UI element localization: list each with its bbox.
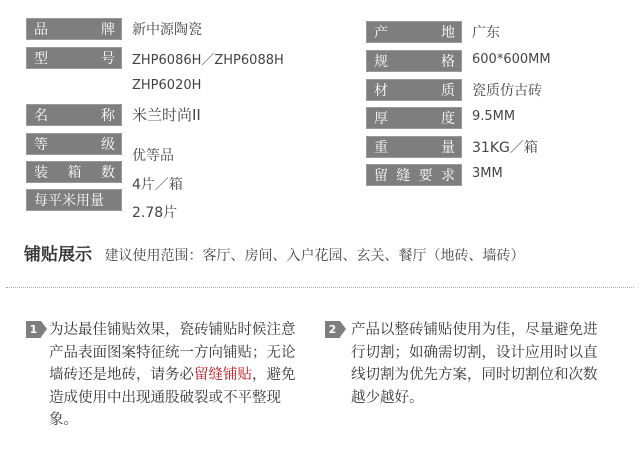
badge-number: 2 (325, 321, 340, 338)
spec-value-gap-requirement: 3MM (472, 166, 503, 181)
label-char: 度 (441, 108, 455, 128)
spec-value-model-2: ZHP6020H (132, 78, 201, 93)
badge-arrow-icon (340, 321, 346, 337)
spec-label-size: 规 格 (366, 50, 462, 72)
note-text: 产品以整砖铺贴使用为佳，尽量避免进行切割；如确需切割，设计应用时以直线切割为优先… (351, 322, 598, 406)
label-char: 量 (441, 137, 455, 157)
label-char: 厚 (374, 108, 388, 128)
spec-value-name: 米兰时尚II (132, 104, 201, 125)
badge-arrow-icon (41, 321, 47, 337)
spec-label-model: 型 号 (26, 47, 122, 69)
label-char: 称 (101, 105, 115, 125)
label-char: 求 (441, 165, 455, 185)
label-char: 型 (34, 48, 48, 68)
note-number-badge-2: 2 (325, 321, 346, 338)
spec-label-grade: 等 级 (26, 133, 122, 155)
label-char: 级 (101, 134, 115, 154)
label-char: 等 (34, 134, 48, 154)
spec-value-thickness: 9.5MM (472, 109, 515, 124)
label-char: 缝 (396, 165, 410, 185)
label-char: 重 (374, 137, 388, 157)
spec-value-usage-per-sqm: 2.78片 (132, 202, 177, 222)
spec-value-origin: 广东 (472, 22, 500, 42)
label-char: 箱 (68, 162, 82, 182)
label-char: 材 (374, 80, 388, 100)
dotted-divider (6, 287, 634, 288)
note-highlight: 留缝铺贴 (194, 367, 252, 383)
note-1: 为达最佳铺贴效果，瓷砖铺贴时候注意产品表面图案特征统一方向铺贴；无论墙砖还是地砖… (49, 319, 299, 432)
label-char: 牌 (101, 19, 115, 39)
label-char: 质 (441, 80, 455, 100)
spec-value-brand: 新中源陶瓷 (132, 19, 202, 39)
label-char: 装 (34, 162, 48, 182)
spec-label-brand: 品 牌 (26, 18, 122, 40)
label-char: 留 (374, 165, 388, 185)
spec-value-box-count: 4片／箱 (132, 174, 183, 194)
spec-label-material: 材 质 (366, 79, 462, 101)
spec-value-material: 瓷质仿古砖 (472, 80, 542, 100)
spec-value-grade: 优等品 (132, 145, 174, 165)
spec-label-origin: 产 地 (366, 21, 462, 43)
spec-label-weight: 重 量 (366, 136, 462, 158)
note-2: 产品以整砖铺贴使用为佳，尽量避免进行切割；如确需切割，设计应用时以直线切割为优先… (351, 319, 601, 409)
badge-number: 1 (26, 321, 41, 338)
spec-value-size: 600*600MM (472, 52, 551, 67)
label-char: 名 (34, 105, 48, 125)
spec-value-weight: 31KG／箱 (472, 137, 538, 157)
label-char: 数 (101, 162, 115, 182)
installation-section-header: 铺贴展示 建议使用范围：客厅、房间、入户花园、玄关、餐厅（地砖、墙砖） (24, 240, 524, 265)
label-char: 要 (419, 165, 433, 185)
spec-label-box-count: 装 箱 数 (26, 161, 122, 183)
label-char: 地 (441, 22, 455, 42)
label-char: 品 (34, 19, 48, 39)
spec-label-usage-per-sqm: 每平米用量 (26, 189, 122, 211)
section-title: 铺贴展示 (24, 245, 92, 265)
label-char: 规 (374, 51, 388, 71)
label-char: 格 (441, 51, 455, 71)
note-number-badge-1: 1 (26, 321, 47, 338)
spec-label-name: 名 称 (26, 104, 122, 126)
spec-label-gap-requirement: 留 缝 要 求 (366, 164, 462, 186)
spec-value-model: ZHP6086H／ZHP6088H (132, 49, 284, 68)
label-char: 号 (101, 48, 115, 68)
usage-scope-text: 建议使用范围：客厅、房间、入户花园、玄关、餐厅（地砖、墙砖） (104, 248, 524, 264)
label-char: 每平米用量 (34, 190, 104, 210)
spec-label-thickness: 厚 度 (366, 107, 462, 129)
label-char: 产 (374, 22, 388, 42)
